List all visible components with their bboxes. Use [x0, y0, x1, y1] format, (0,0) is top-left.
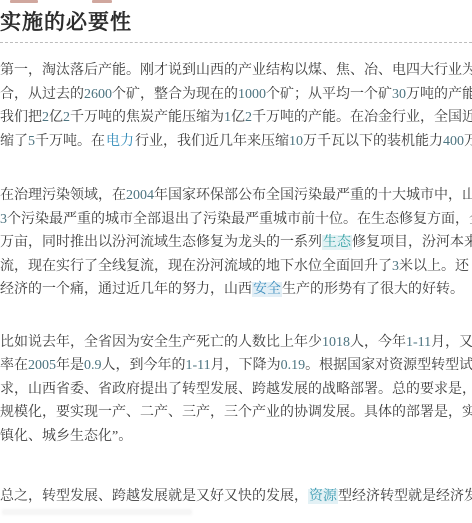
number-text: 1	[224, 110, 231, 125]
text-segment: 万	[464, 134, 472, 149]
text-segment: 流，现在实行了全线复流，现在汾河流域的地下水位全面回升了	[0, 259, 392, 274]
text-segment: 万千瓦以下的装机能力	[303, 134, 443, 149]
text-line: 经济的一个痛，通过近几年的努力，山西安全生产的形势有了很大的好转。	[0, 278, 472, 302]
text-segment: 个污染最严重的城市全部退出了污染最严重城市前十位。在生态修复方面，全	[7, 212, 472, 227]
text-segment: 。根据国家对资源型转型试	[305, 358, 472, 373]
cut-off-text-fragment	[10, 0, 38, 3]
text-segment: 生产的形势有了很大的好转。	[282, 282, 464, 297]
number-text: 2	[42, 110, 49, 125]
keyword-link[interactable]: 安全	[252, 282, 282, 297]
text-segment: 合，从过去的	[0, 87, 84, 102]
text-segment: 修复项目，汾河本来	[352, 235, 472, 250]
text-line: 求，山西省委、省政府提出了转型发展、跨越发展的战略部署。总的要求是，	[0, 378, 472, 402]
text-line: 镇化、城乡生态化”。	[0, 425, 472, 449]
text-line: 3个污染最严重的城市全部退出了污染最严重城市前十位。在生态修复方面，全	[0, 208, 472, 232]
article-body: 第一，淘汰落后产能。刚才说到山西的产业结构以煤、焦、冶、电四大行业为合，从过去的…	[0, 43, 472, 509]
text-segment: 镇化、城乡生态化”。	[0, 429, 132, 444]
text-segment: 缩了	[0, 134, 28, 149]
keyword-link[interactable]: 电力	[105, 134, 135, 149]
keyword-link[interactable]: 资源	[308, 489, 338, 504]
text-line: 比如说去年，全省因为安全生产死亡的人数比上年少1018人，今年1-11月，又	[0, 331, 472, 355]
text-segment: 月，又	[431, 335, 472, 350]
keyword-link[interactable]: 生态	[322, 235, 352, 250]
text-segment: 总之，转型发展、跨越发展就是又好又快的发展，	[0, 489, 308, 504]
paragraph: 第一，淘汰落后产能。刚才说到山西的产业结构以煤、焦、冶、电四大行业为合，从过去的…	[0, 59, 472, 153]
text-line: 规模化，要实现一产、二产、三产，三个产业的协调发展。具体的部署是，实	[0, 401, 472, 425]
paragraph: 在治理污染领域，在2004年国家环保部公布全国污染最严重的十大城市中，山3个污染…	[0, 184, 472, 302]
text-line: 万亩，同时推出以汾河流域生态修复为龙头的一系列生态修复项目，汾河本来	[0, 231, 472, 255]
text-segment: 米以上。还	[399, 259, 469, 274]
text-segment: 千万吨。在	[35, 134, 105, 149]
cut-off-text-fragment	[2, 509, 192, 515]
text-line: 缩了5千万吨。在电力行业，我们近几年来压缩10万千瓦以下的装机能力400万	[0, 130, 472, 154]
text-segment: 亿	[49, 110, 63, 125]
number-text: 400	[443, 134, 464, 149]
number-text: 2	[63, 110, 70, 125]
number-text: 2	[245, 110, 252, 125]
text-segment: 我们把	[0, 110, 42, 125]
number-text: 0.9	[84, 358, 102, 373]
text-segment: 年国家环保部公布全国污染最严重的十大城市中，山	[154, 188, 472, 203]
text-line: 流，现在实行了全线复流，现在汾河流域的地下水位全面回升了3米以上。还	[0, 255, 472, 279]
number-text: 0.19	[281, 358, 306, 373]
text-segment: 率在	[0, 358, 28, 373]
text-segment: 规模化，要实现一产、二产、三产，三个产业的协调发展。具体的部署是，实	[0, 405, 472, 420]
text-segment: 在治理污染领域，在	[0, 188, 126, 203]
number-text: 2004	[126, 188, 154, 203]
text-line: 总之，转型发展、跨越发展就是又好又快的发展，资源型经济转型就是经济发	[0, 485, 472, 509]
number-text: 10	[289, 134, 303, 149]
text-line: 率在2005年是0.9人，到今年的1-11月，下降为0.19。根据国家对资源型转…	[0, 354, 472, 378]
number-text: 1-11	[186, 358, 211, 373]
text-segment: 型经济转型就是经济发	[338, 489, 472, 504]
number-text: 1-11	[406, 335, 431, 350]
number-text: 1018	[322, 335, 350, 350]
number-text: 1000	[238, 87, 266, 102]
text-segment: 经济的一个痛，通过近几年的努力，山西	[0, 282, 252, 297]
paragraph: 比如说去年，全省因为安全生产死亡的人数比上年少1018人，今年1-11月，又率在…	[0, 331, 472, 449]
paragraph: 总之，转型发展、跨越发展就是又好又快的发展，资源型经济转型就是经济发	[0, 485, 472, 509]
text-line: 在治理污染领域，在2004年国家环保部公布全国污染最严重的十大城市中，山	[0, 184, 472, 208]
text-segment: 人，到今年的	[102, 358, 186, 373]
text-segment: 求，山西省委、省政府提出了转型发展、跨越发展的战略部署。总的要求是，	[0, 382, 472, 397]
page-title: 实施的必要性	[0, 10, 472, 34]
text-segment: 亿	[231, 110, 245, 125]
text-segment: 个矿，整合为现在的	[112, 87, 238, 102]
text-segment: 个矿；从平均一个矿	[266, 87, 392, 102]
text-segment: 年是	[56, 358, 84, 373]
text-segment: 千万吨的焦炭产能压缩为	[70, 110, 224, 125]
number-text: 2005	[28, 358, 56, 373]
number-text: 2600	[84, 87, 112, 102]
text-segment: 第一，淘汰落后产能。刚才说到山西的产业结构以煤、焦、冶、电四大行业为	[0, 63, 472, 78]
text-segment: 万吨的产能	[406, 87, 472, 102]
text-segment: 千万吨的产能。在冶金行业，全国近	[252, 110, 472, 125]
text-line: 合，从过去的2600个矿，整合为现在的1000个矿；从平均一个矿30万吨的产能	[0, 83, 472, 107]
text-line: 第一，淘汰落后产能。刚才说到山西的产业结构以煤、焦、冶、电四大行业为	[0, 59, 472, 83]
number-text: 3	[0, 212, 7, 227]
text-segment: 行业，我们近几年来压缩	[135, 134, 289, 149]
text-segment: 人，今年	[350, 335, 406, 350]
article-header: 实施的必要性	[0, 0, 472, 43]
text-segment: 万亩，同时推出以汾河流域生态修复为龙头的一系列	[0, 235, 322, 250]
number-text: 5	[28, 134, 35, 149]
number-text: 3	[392, 259, 399, 274]
text-segment: 月，下降为	[211, 358, 281, 373]
text-segment: 比如说去年，全省因为安全生产死亡的人数比上年少	[0, 335, 322, 350]
cut-off-text-fragment	[92, 0, 112, 3]
number-text: 30	[392, 87, 406, 102]
text-line: 我们把2亿2千万吨的焦炭产能压缩为1亿2千万吨的产能。在冶金行业，全国近	[0, 106, 472, 130]
